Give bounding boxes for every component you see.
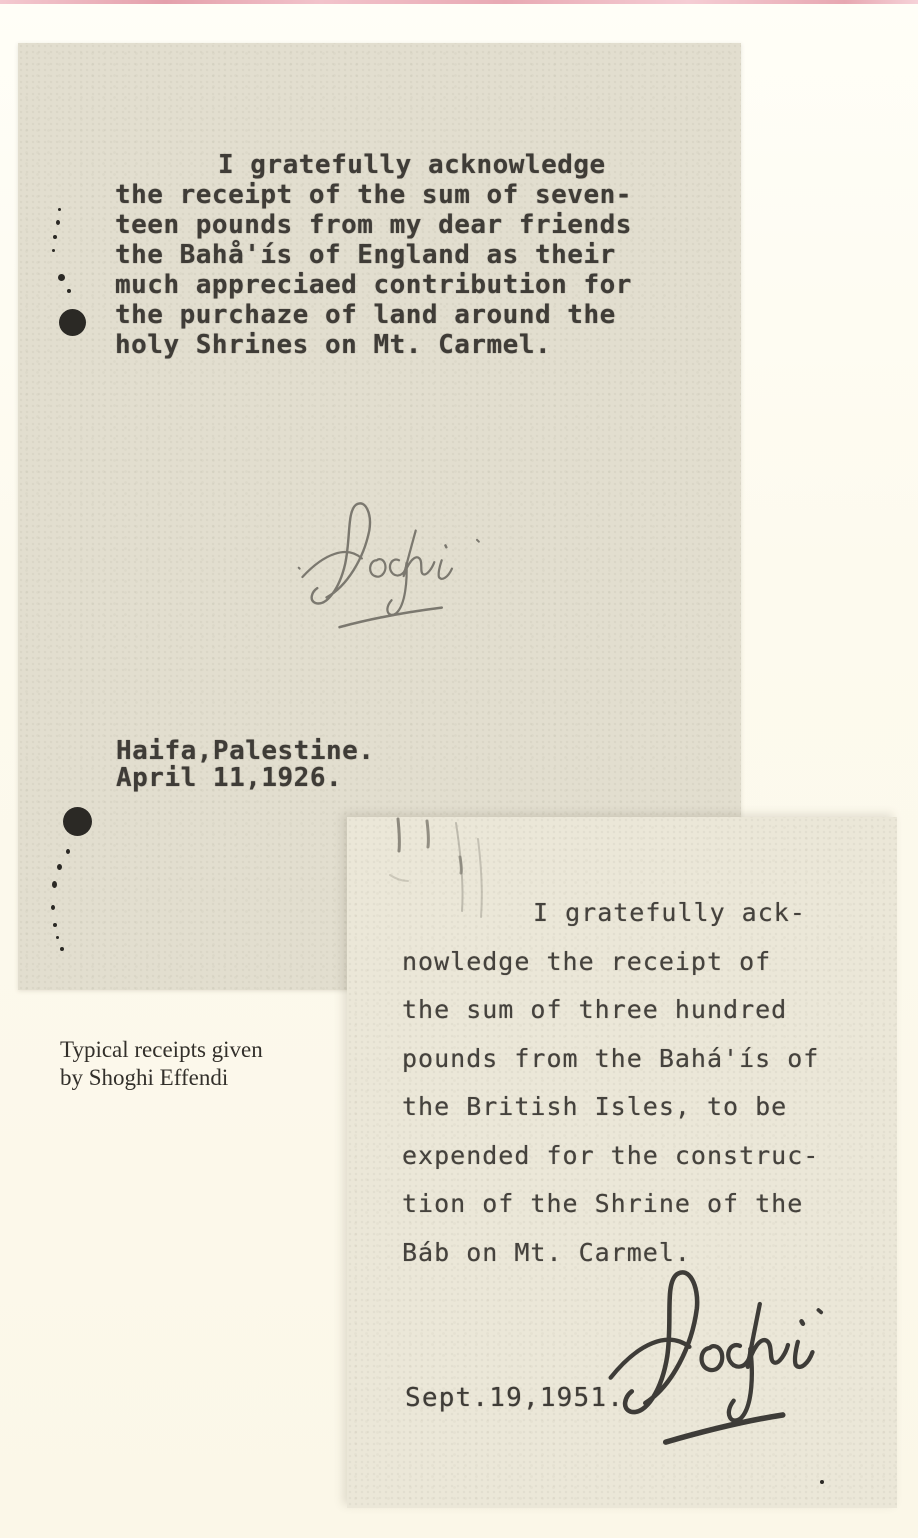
receipt-1951: I gratefully ack-nowledge the receipt of…	[347, 817, 897, 1508]
signature-shoghi-1951	[592, 1240, 871, 1463]
ink-speck	[51, 905, 55, 910]
ink-speck	[67, 289, 71, 293]
typewritten-line: the Bahå'ís of England as their	[115, 240, 695, 270]
ink-speck	[56, 220, 60, 225]
typewritten-line: expended for the construc-	[402, 1132, 882, 1181]
receipt-1951-date: Sept.19,1951.	[405, 1383, 624, 1413]
ink-speck	[58, 208, 61, 211]
typewritten-line: nowledge the receipt of	[402, 938, 882, 987]
date-line: April 11,1926.	[116, 765, 536, 792]
ink-speck	[52, 881, 57, 888]
scanned-page: I gratefully acknowledgethe receipt of t…	[0, 0, 918, 1538]
photo-caption: Typical receipts given by Shoghi Effendi	[60, 1036, 302, 1092]
signature-shoghi-1926	[295, 488, 490, 640]
ink-speck	[57, 864, 62, 870]
typewritten-line: pounds from the Bahá'ís of	[402, 1035, 882, 1084]
caption-line-2: by Shoghi Effendi	[60, 1064, 302, 1092]
ink-speck	[60, 947, 64, 951]
ink-speck	[53, 235, 57, 239]
ink-speck	[52, 249, 55, 252]
typewritten-line: holy Shrines on Mt. Carmel.	[115, 330, 695, 360]
typewritten-line: the British Isles, to be	[402, 1083, 882, 1132]
typewritten-line: the sum of three hundred	[402, 986, 882, 1035]
page-top-edge-strip	[0, 0, 918, 4]
place-line: Haifa,Palestine.	[116, 738, 536, 765]
typewritten-line: much appreciaed contribution for	[115, 270, 695, 300]
typewritten-line: teen pounds from my dear friends	[115, 210, 695, 240]
caption-line-1: Typical receipts given	[60, 1036, 302, 1064]
ink-speck	[53, 923, 57, 927]
hole-punch-dot	[59, 309, 86, 336]
typewritten-line: I gratefully acknowledge	[115, 150, 695, 180]
ink-speck	[56, 936, 59, 939]
typewritten-line: the receipt of the sum of seven-	[115, 180, 695, 210]
typewritten-line: I gratefully ack-	[402, 889, 882, 938]
receipt-1926-body-text: I gratefully acknowledgethe receipt of t…	[115, 150, 695, 360]
ink-speck	[820, 1480, 824, 1484]
receipt-1926-place-date: Haifa,Palestine. April 11,1926.	[116, 738, 536, 792]
typewritten-line: the purchaze of land around the	[115, 300, 695, 330]
typewritten-line: tion of the Shrine of the	[402, 1180, 882, 1229]
ink-speck	[58, 274, 65, 281]
ink-speck	[66, 849, 70, 854]
hole-punch-dot	[63, 807, 92, 836]
receipt-1951-body-text: I gratefully ack-nowledge the receipt of…	[402, 889, 882, 1277]
